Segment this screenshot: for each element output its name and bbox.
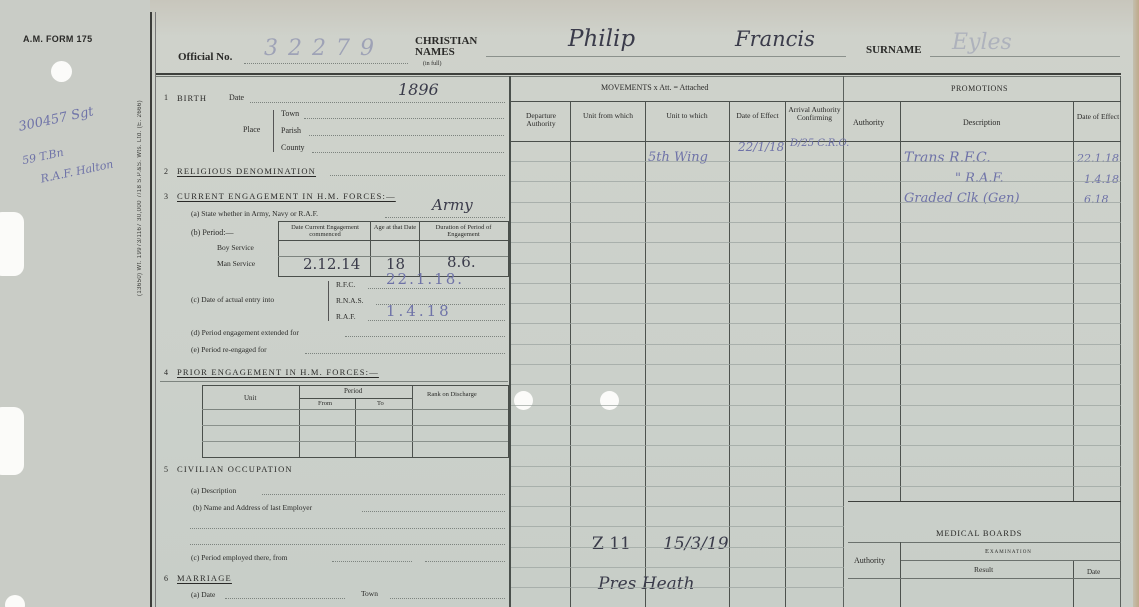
promotion-description: " R.A.F.	[955, 171, 1004, 186]
medical-result-header: Result	[974, 565, 993, 574]
marriage-town-line	[390, 598, 505, 599]
section-number: 4	[164, 368, 168, 377]
medical-col-divider	[1073, 560, 1074, 607]
medical-exam-rule	[901, 560, 1121, 561]
medical-examination-header: Examination	[985, 548, 1032, 555]
ruled-line	[511, 567, 844, 568]
occupation-line	[262, 494, 505, 495]
prior-unit-header: Unit	[244, 394, 256, 402]
medical-col-divider	[900, 542, 901, 607]
promotion-date: 22.1.18	[1077, 152, 1119, 165]
movement-unit-to: 5th Wing	[648, 150, 708, 165]
prior-row-rule	[202, 441, 508, 442]
raf-entry-date: 1.4.18	[386, 302, 452, 320]
movements-title: MOVEMENTS x Att. = Attached	[601, 83, 708, 92]
ruled-line	[511, 222, 1121, 223]
marriage-date-label: (a) Date	[191, 590, 215, 599]
marriage-town-label: Town	[361, 589, 378, 598]
promotions-bottom-rule	[848, 501, 1121, 502]
prior-col-divider	[412, 385, 413, 457]
official-no-value: 32279	[264, 36, 384, 61]
ruled-line	[511, 587, 844, 588]
ruled-line	[511, 364, 1121, 365]
engagement-date: 2.12.14	[303, 255, 360, 273]
employed-to-line	[425, 561, 505, 562]
marriage-title: MARRIAGE	[177, 573, 232, 583]
promotions-title-rule	[844, 101, 1121, 102]
punch-hole	[600, 391, 619, 410]
paper-edge	[1133, 0, 1139, 607]
birth-title: BIRTH	[177, 93, 207, 103]
promotions-col-header: Description	[963, 118, 1000, 127]
official-no-label: Official No.	[178, 51, 232, 63]
christian-names-label: CHRISTIAN NAMES	[415, 36, 477, 58]
surname-line	[930, 56, 1120, 57]
entry-brace	[328, 281, 329, 321]
movements-col-header: Unit from which	[572, 112, 644, 120]
birth-date-value: 1896	[398, 80, 439, 99]
panel-divider	[509, 76, 511, 607]
christian-name-2: Francis	[735, 27, 815, 51]
parish-line	[309, 135, 504, 136]
medical-date-header: Date	[1087, 568, 1100, 576]
prior-rank-header: Rank on Discharge	[427, 391, 477, 398]
service-branch-line	[385, 217, 505, 218]
employer-line-3	[190, 544, 505, 545]
medical-header-rule	[848, 578, 1121, 579]
promotions-title: PROMOTIONS	[951, 84, 1008, 93]
medical-authority-header: Authority	[854, 556, 885, 565]
religion-line	[330, 175, 505, 176]
movements-col-header: Departure Authority	[513, 112, 569, 128]
entry-date-label: (c) Date of actual entry into	[191, 295, 274, 304]
period-header: Date Current Engagement commenced	[280, 224, 370, 238]
extended-line	[345, 336, 505, 337]
ruled-line	[511, 486, 1121, 487]
parish-label: Parish	[281, 126, 301, 135]
period-header: Age at that Date	[371, 224, 419, 231]
prior-period-header: Period	[344, 387, 362, 395]
engagement-duration: 8.6.	[447, 253, 476, 271]
prior-period-rule	[300, 398, 412, 399]
town-label: Town	[281, 109, 299, 118]
current-engagement-title: CURRENT ENGAGEMENT IN H.M. FORCES:—	[177, 191, 396, 201]
prior-row-rule	[202, 425, 508, 426]
employed-from-line	[332, 561, 412, 562]
surname-value: Eyles	[952, 30, 1012, 55]
employed-period-label: (c) Period employed there, from	[191, 553, 287, 562]
rfc-line	[368, 288, 505, 289]
left-margin	[0, 0, 150, 607]
ruled-line	[511, 526, 844, 527]
movements-col-divider	[645, 101, 646, 607]
promotion-date: 1.4.18	[1084, 173, 1119, 186]
prior-from-header: From	[318, 400, 332, 407]
rfc-label: R.F.C.	[336, 280, 355, 289]
section-number: 3	[164, 192, 168, 201]
birth-date-label: Date	[229, 93, 244, 102]
place-brace	[273, 110, 274, 152]
medical-boards-title: MEDICAL BOARDS	[936, 528, 1022, 538]
rnas-label: R.N.A.S.	[336, 296, 364, 305]
margin-rule-thin	[155, 12, 156, 607]
employer-line-2	[190, 528, 505, 529]
ruled-line	[511, 283, 1121, 284]
ruled-line	[511, 181, 1121, 182]
ruled-line	[511, 547, 844, 548]
surname-label: SURNAME	[866, 44, 922, 56]
county-line	[312, 152, 504, 153]
promotions-header-rule	[844, 141, 1121, 142]
punch-hole	[51, 61, 72, 82]
boy-service-label: Boy Service	[217, 243, 254, 252]
promotions-col-header: Date of Effect	[1076, 113, 1120, 121]
header-rule-thin	[156, 76, 1121, 77]
period-header-rule	[278, 240, 508, 241]
movements-col-divider	[570, 101, 571, 607]
ruled-line	[511, 303, 1121, 304]
panel-divider	[1120, 76, 1121, 607]
service-branch-label: (a) State whether in Army, Navy or R.A.F…	[191, 209, 318, 218]
movements-title-rule	[511, 101, 844, 102]
rfc-entry-date: 22.1.18.	[386, 270, 464, 288]
period-label: (b) Period:—	[191, 228, 233, 237]
medical-title-rule	[848, 542, 1121, 543]
ruled-line	[511, 323, 1121, 324]
ruled-line	[511, 161, 1121, 162]
ruled-line	[511, 405, 1121, 406]
prior-to-header: To	[377, 400, 384, 407]
ruled-line	[511, 445, 1121, 446]
movements-col-divider	[729, 101, 730, 607]
movements-col-header: Date of Effect	[731, 112, 784, 120]
section-number: 5	[164, 465, 168, 474]
civilian-title: CIVILIAN OCCUPATION	[177, 464, 293, 474]
panel-divider	[843, 76, 844, 607]
header-rule	[156, 73, 1121, 75]
period-header: Duration of Period of Engagement	[420, 224, 507, 238]
movement-unit: Pres Heath	[598, 574, 695, 594]
movement-unit: Z 11	[592, 534, 631, 554]
movement-arrival: D/25 C.R.O.	[790, 138, 849, 149]
employer-line	[362, 511, 505, 512]
birth-date-line	[250, 102, 505, 103]
ruled-line	[511, 384, 1121, 385]
promotion-date: 6.18	[1084, 193, 1109, 206]
section-number: 2	[164, 167, 168, 176]
prior-engagement-title: PRIOR ENGAGEMENT IN H.M. FORCES:—	[177, 367, 379, 377]
ruled-line	[511, 466, 1121, 467]
reengaged-line	[305, 353, 505, 354]
names-line	[486, 56, 846, 57]
movement-date: 15/3/19	[663, 534, 729, 554]
prior-col-divider	[355, 399, 356, 457]
movements-col-divider	[785, 101, 786, 607]
section-number: 6	[164, 574, 168, 583]
extended-label: (d) Period engagement extended for	[191, 328, 299, 337]
movement-date: 22/1/18	[738, 140, 784, 154]
marriage-date-line	[225, 598, 345, 599]
religion-title: RELIGIOUS DENOMINATION	[177, 166, 316, 176]
prior-rule	[160, 381, 508, 382]
service-record-form: A.M. FORM 175 (13650) Wt. 19973/1167 30,…	[0, 0, 1139, 607]
raf-line	[368, 320, 505, 321]
promotion-description: Graded Clk (Gen)	[904, 191, 1020, 206]
raf-label: R.A.F.	[336, 312, 356, 321]
ruled-line	[511, 344, 1121, 345]
official-no-line	[244, 63, 408, 64]
ruled-line	[511, 242, 1121, 243]
place-label: Place	[243, 125, 260, 134]
occupation-description-label: (a) Description	[191, 486, 236, 495]
names-label: NAMES	[415, 47, 477, 58]
promotion-description: Trans R.F.C.	[904, 150, 991, 166]
punch-hole	[514, 391, 533, 410]
ruled-line	[511, 425, 1121, 426]
reengaged-label: (e) Period re-engaged for	[191, 345, 267, 354]
binder-slot	[0, 212, 24, 276]
movements-col-header: Arrival Authority Confirming	[787, 106, 842, 122]
margin-rule	[150, 12, 152, 607]
promotions-col-header: Authority	[853, 118, 884, 127]
printer-imprint: (13650) Wt. 19973/1167 30,000 7/18 S.P.&…	[137, 100, 143, 296]
county-label: County	[281, 143, 305, 152]
man-service-label: Man Service	[217, 259, 255, 268]
ruled-line	[511, 506, 844, 507]
movements-col-header: Unit to which	[647, 112, 727, 120]
in-full-note: (in full)	[423, 61, 442, 67]
service-branch-value: Army	[432, 196, 473, 214]
ruled-line	[511, 263, 1121, 264]
form-number: A.M. FORM 175	[23, 34, 92, 44]
town-line	[304, 118, 504, 119]
employer-label: (b) Name and Address of last Employer	[193, 503, 312, 512]
section-number: 1	[164, 93, 168, 102]
prior-row-rule	[202, 409, 508, 410]
ruled-line	[511, 202, 1121, 203]
christian-name-1: Philip	[568, 26, 635, 52]
binder-slot	[0, 407, 24, 475]
prior-col-divider	[299, 385, 300, 457]
